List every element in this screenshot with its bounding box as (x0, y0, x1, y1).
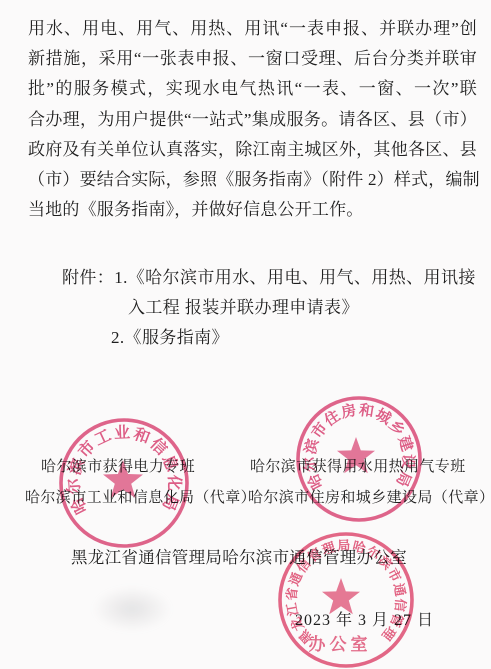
document-page: 用水、用电、用气、用热、用讯“一表申报、并联办理”创 新措施，采用“一张表申报、… (0, 0, 491, 669)
paragraph-line: 批”的服务模式，实现水电气热讯“一表、一窗、一次”联 (28, 74, 477, 104)
seal-industry-information-bureau: 哈尔滨市工业和信息化局 (61, 420, 187, 546)
star-icon (322, 578, 360, 614)
seal-arc-text: 哈尔滨市住房和城乡建设局 (301, 401, 418, 493)
seal-office-text: 办公室 (309, 634, 372, 654)
paragraph-line: 新措施，采用“一张表申报、一窗口受理、后台分类并联审 (28, 44, 477, 74)
issuer-line: 黑龙江省通信管理局哈尔滨市通信管理办公室 (71, 547, 407, 569)
signature-right-team: 哈尔滨市获得用水用热用气专班 (250, 456, 466, 478)
svg-text:哈尔滨市住房和城乡建设局: 哈尔滨市住房和城乡建设局 (301, 401, 418, 493)
paragraph-line: （市）要结合实际，参照《服务指南》（附件 2）样式，编制 (28, 165, 477, 195)
seal-ring (61, 420, 187, 546)
attachment-line-3: 2.《服务指南》 (111, 323, 229, 353)
paragraph-line: 用水、用电、用气、用热、用讯“一表申报、并联办理”创 (28, 14, 477, 44)
paragraph-line: 合办理，为用户提供“一站式”集成服务。请各区、县（市） (28, 105, 477, 135)
signature-right-bureau: 哈尔滨市住房和城乡建设局（代章） (248, 487, 491, 509)
date-line: 2023 年 3 月 27 日 (295, 610, 434, 632)
signature-left-bureau: 哈尔滨市工业和信息化局（代章） (25, 487, 256, 509)
paragraph-line: 政府及有关单位认真落实，除江南主城区外，其他各区、县 (28, 135, 477, 165)
signature-left-team: 哈尔滨市获得电力专班 (41, 456, 195, 478)
paragraph-line: 当地的《服务指南》，并做好信息公开工作。 (28, 195, 477, 225)
scan-smudge (92, 586, 172, 632)
body-paragraph: 用水、用电、用气、用热、用讯“一表申报、并联办理”创 新措施，采用“一张表申报、… (28, 14, 477, 225)
attachment-line-1: 附件：1.《哈尔滨市用水、用电、用气、用热、用讯接 (62, 263, 476, 293)
attachment-line-2: 入工程 报装并联办理申请表》 (128, 293, 359, 323)
